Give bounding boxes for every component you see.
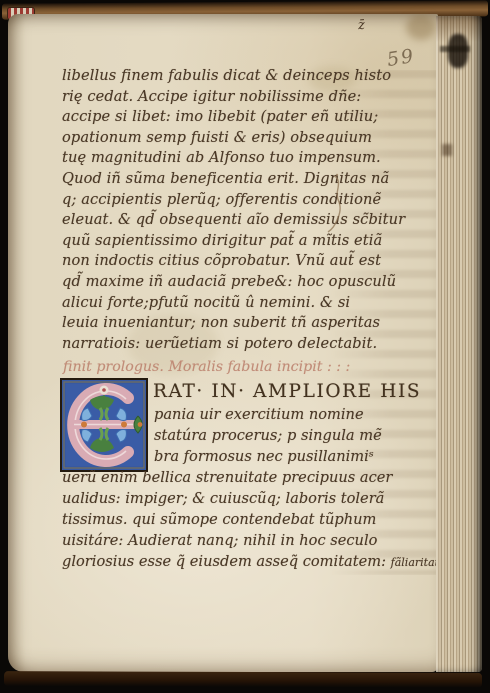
pencil-mark: z̄ bbox=[357, 18, 365, 33]
illuminated-initial-E bbox=[60, 378, 148, 472]
text-line: rię cedat. Accipe igitur nobilissime dñe… bbox=[62, 87, 374, 108]
text-line: tissimus. qui sũmope contendebat tũphum bbox=[62, 509, 392, 530]
stain bbox=[406, 14, 436, 40]
text-line: qd̃ maxime iñ audaciã prebe&: hoc opuscu… bbox=[62, 272, 374, 293]
text-line: statúra procerus; p singula mẽ bbox=[154, 425, 384, 446]
parchment-page: z̄ 59 libellus finem fabulis dicat & dei… bbox=[8, 14, 438, 672]
manuscript-photo: z̄ 59 libellus finem fabulis dicat & dei… bbox=[0, 0, 490, 693]
text-line: narratiois: uerũetiam si potero delectab… bbox=[62, 334, 374, 355]
text-line: ualidus: impiger; & cuiuscũq; laboris to… bbox=[62, 488, 392, 509]
last-line-text: gloriosius esse q̃ eiusdem asseq̃ comita… bbox=[62, 553, 391, 570]
text-line: opationum semp fuisti & eris) obsequium bbox=[62, 128, 374, 149]
chapter-full-text: uerũ enim bellica strenuitate precipuus … bbox=[62, 467, 392, 573]
marginal-flourish bbox=[324, 172, 344, 236]
text-line: accipe si libet: imo libebit (pater eñ u… bbox=[62, 107, 374, 128]
text-line: uisitáre: Audierat nanq; nihil in hoc se… bbox=[62, 530, 392, 551]
fore-edge-ink-mark bbox=[442, 144, 452, 156]
cover-bottom-edge bbox=[4, 671, 482, 688]
text-line: uerũ enim bellica strenuitate precipuus … bbox=[62, 467, 392, 488]
text-line: leuia inueniantur; non suberit tñ asperi… bbox=[62, 313, 374, 334]
text-line: non indoctis citius cõprobatur. Vnũ aut̃… bbox=[62, 251, 374, 272]
chapter-indented-text: pania uir exercitium nomine statúra proc… bbox=[154, 404, 384, 467]
text-line: bra formosus nec pusillanimiˢ bbox=[154, 446, 384, 467]
text-line: alicui forte;pfutũ nocitũ û nemini. & si bbox=[62, 293, 374, 314]
text-line: pania uir exercitium nomine bbox=[154, 404, 384, 425]
chapter-opening-caps: RAT· IN· AMPLIORE HIS bbox=[153, 381, 421, 402]
fore-edge-pages bbox=[436, 16, 482, 672]
rubric-line: finit prologus. Moralis fabula incipit :… bbox=[63, 359, 383, 375]
text-line: gloriosius esse q̃ eiusdem asseq̃ comita… bbox=[62, 551, 392, 573]
fore-edge-ink-mark bbox=[440, 46, 470, 52]
text-line: tuę magnitudini ab Alfonso tuo impensum. bbox=[62, 148, 374, 169]
text-line: libellus finem fabulis dicat & deinceps … bbox=[62, 66, 374, 87]
